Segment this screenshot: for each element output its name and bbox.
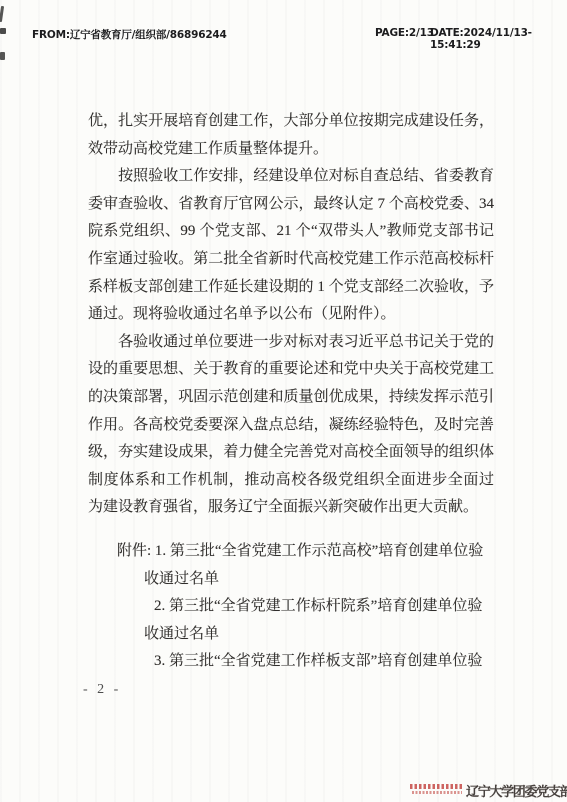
body-line: 的决策部署，巩固示范创建和质量创优成果，持续发挥示范引领 xyxy=(88,384,494,412)
body-line: 设的重要思想、关于教育的重要论述和党中央关于高校党建工作 xyxy=(88,356,494,384)
attachment-line: 2. 第三批“全省党建工作标杆院系”培育创建单位验 xyxy=(0,593,500,621)
stamp-text: 辽宁大学团委党支部 xyxy=(466,781,567,800)
fax-date-label: DATE:2024/11/13-15:41:29 xyxy=(430,27,567,51)
red-watermark-row xyxy=(410,784,464,789)
red-watermark-row xyxy=(412,791,462,794)
attachment-line: 附件: 1. 第三批“全省党建工作示范高校”培育创建单位验 xyxy=(0,538,500,566)
scan-artifact xyxy=(0,52,5,60)
body-line: 优，扎实开展培育创建工作，大部分单位按期完成建设任务，有 xyxy=(88,108,494,136)
scan-artifact xyxy=(0,6,4,22)
scanned-fax-page: FROM:辽宁省教育厅/组织部/86896244 PAGE:2/13 DATE:… xyxy=(0,0,567,802)
body-line: 院系党组织、99 个党支部、21 个“双带头人”教师党支部书记工 xyxy=(88,218,494,246)
body-line: 效带动高校党建工作质量整体提升。 xyxy=(88,136,494,164)
body-line: 委审查验收、省教育厅官网公示，最终认定 7 个高校党委、34 个 xyxy=(88,191,494,219)
body-line: 为建设教育强省，服务辽宁全面振兴新突破作出更大贡献。 xyxy=(88,494,494,522)
attachment-line: 3. 第三批“全省党建工作样板支部”培育创建单位验 xyxy=(0,648,500,676)
body-line: 按照验收工作安排，经建设单位对标自查总结、省委教育工 xyxy=(88,163,494,191)
body-line: 制度体系和工作机制，推动高校各级党组织全面进步全面过硬， xyxy=(88,467,494,495)
footer-stamp: 辽宁大学团委党支部 xyxy=(410,781,567,802)
fax-page-label: PAGE:2/13 xyxy=(375,27,434,39)
body-line: 通过。现将验收通过名单予以公布（见附件）。 xyxy=(88,301,494,329)
attachment-line: 收通过名单 xyxy=(0,566,500,594)
body-line: 系样板支部创建工作延长建设期的 1 个党支部经二次验收，予以 xyxy=(88,274,494,302)
body-line: 级，夯实建设成果，着力健全完善党对高校全面领导的组织体系、 xyxy=(88,439,494,467)
scan-artifact xyxy=(0,28,6,34)
body-line: 作用。各高校党委要深入盘点总结，凝练经验特色，及时完善升 xyxy=(88,412,494,440)
fax-header: FROM:辽宁省教育厅/组织部/86896244 PAGE:2/13 DATE:… xyxy=(0,27,567,43)
page-number: - 2 - xyxy=(83,682,121,698)
body-line: 各验收通过单位要进一步对标对表习近平总书记关于党的建 xyxy=(88,329,494,357)
document-body: 优，扎实开展培育创建工作，大部分单位按期完成建设任务，有 效带动高校党建工作质量… xyxy=(88,108,494,522)
fax-from-label: FROM:辽宁省教育厅/组织部/86896244 xyxy=(32,27,227,42)
attachment-list: 附件: 1. 第三批“全省党建工作示范高校”培育创建单位验 收通过名单 2. 第… xyxy=(0,538,500,676)
red-watermark-icon xyxy=(410,784,464,795)
body-line: 作室通过验收。第二批全省新时代高校党建工作示范高校标杆院 xyxy=(88,246,494,274)
attachment-line: 收通过名单 xyxy=(0,621,500,649)
